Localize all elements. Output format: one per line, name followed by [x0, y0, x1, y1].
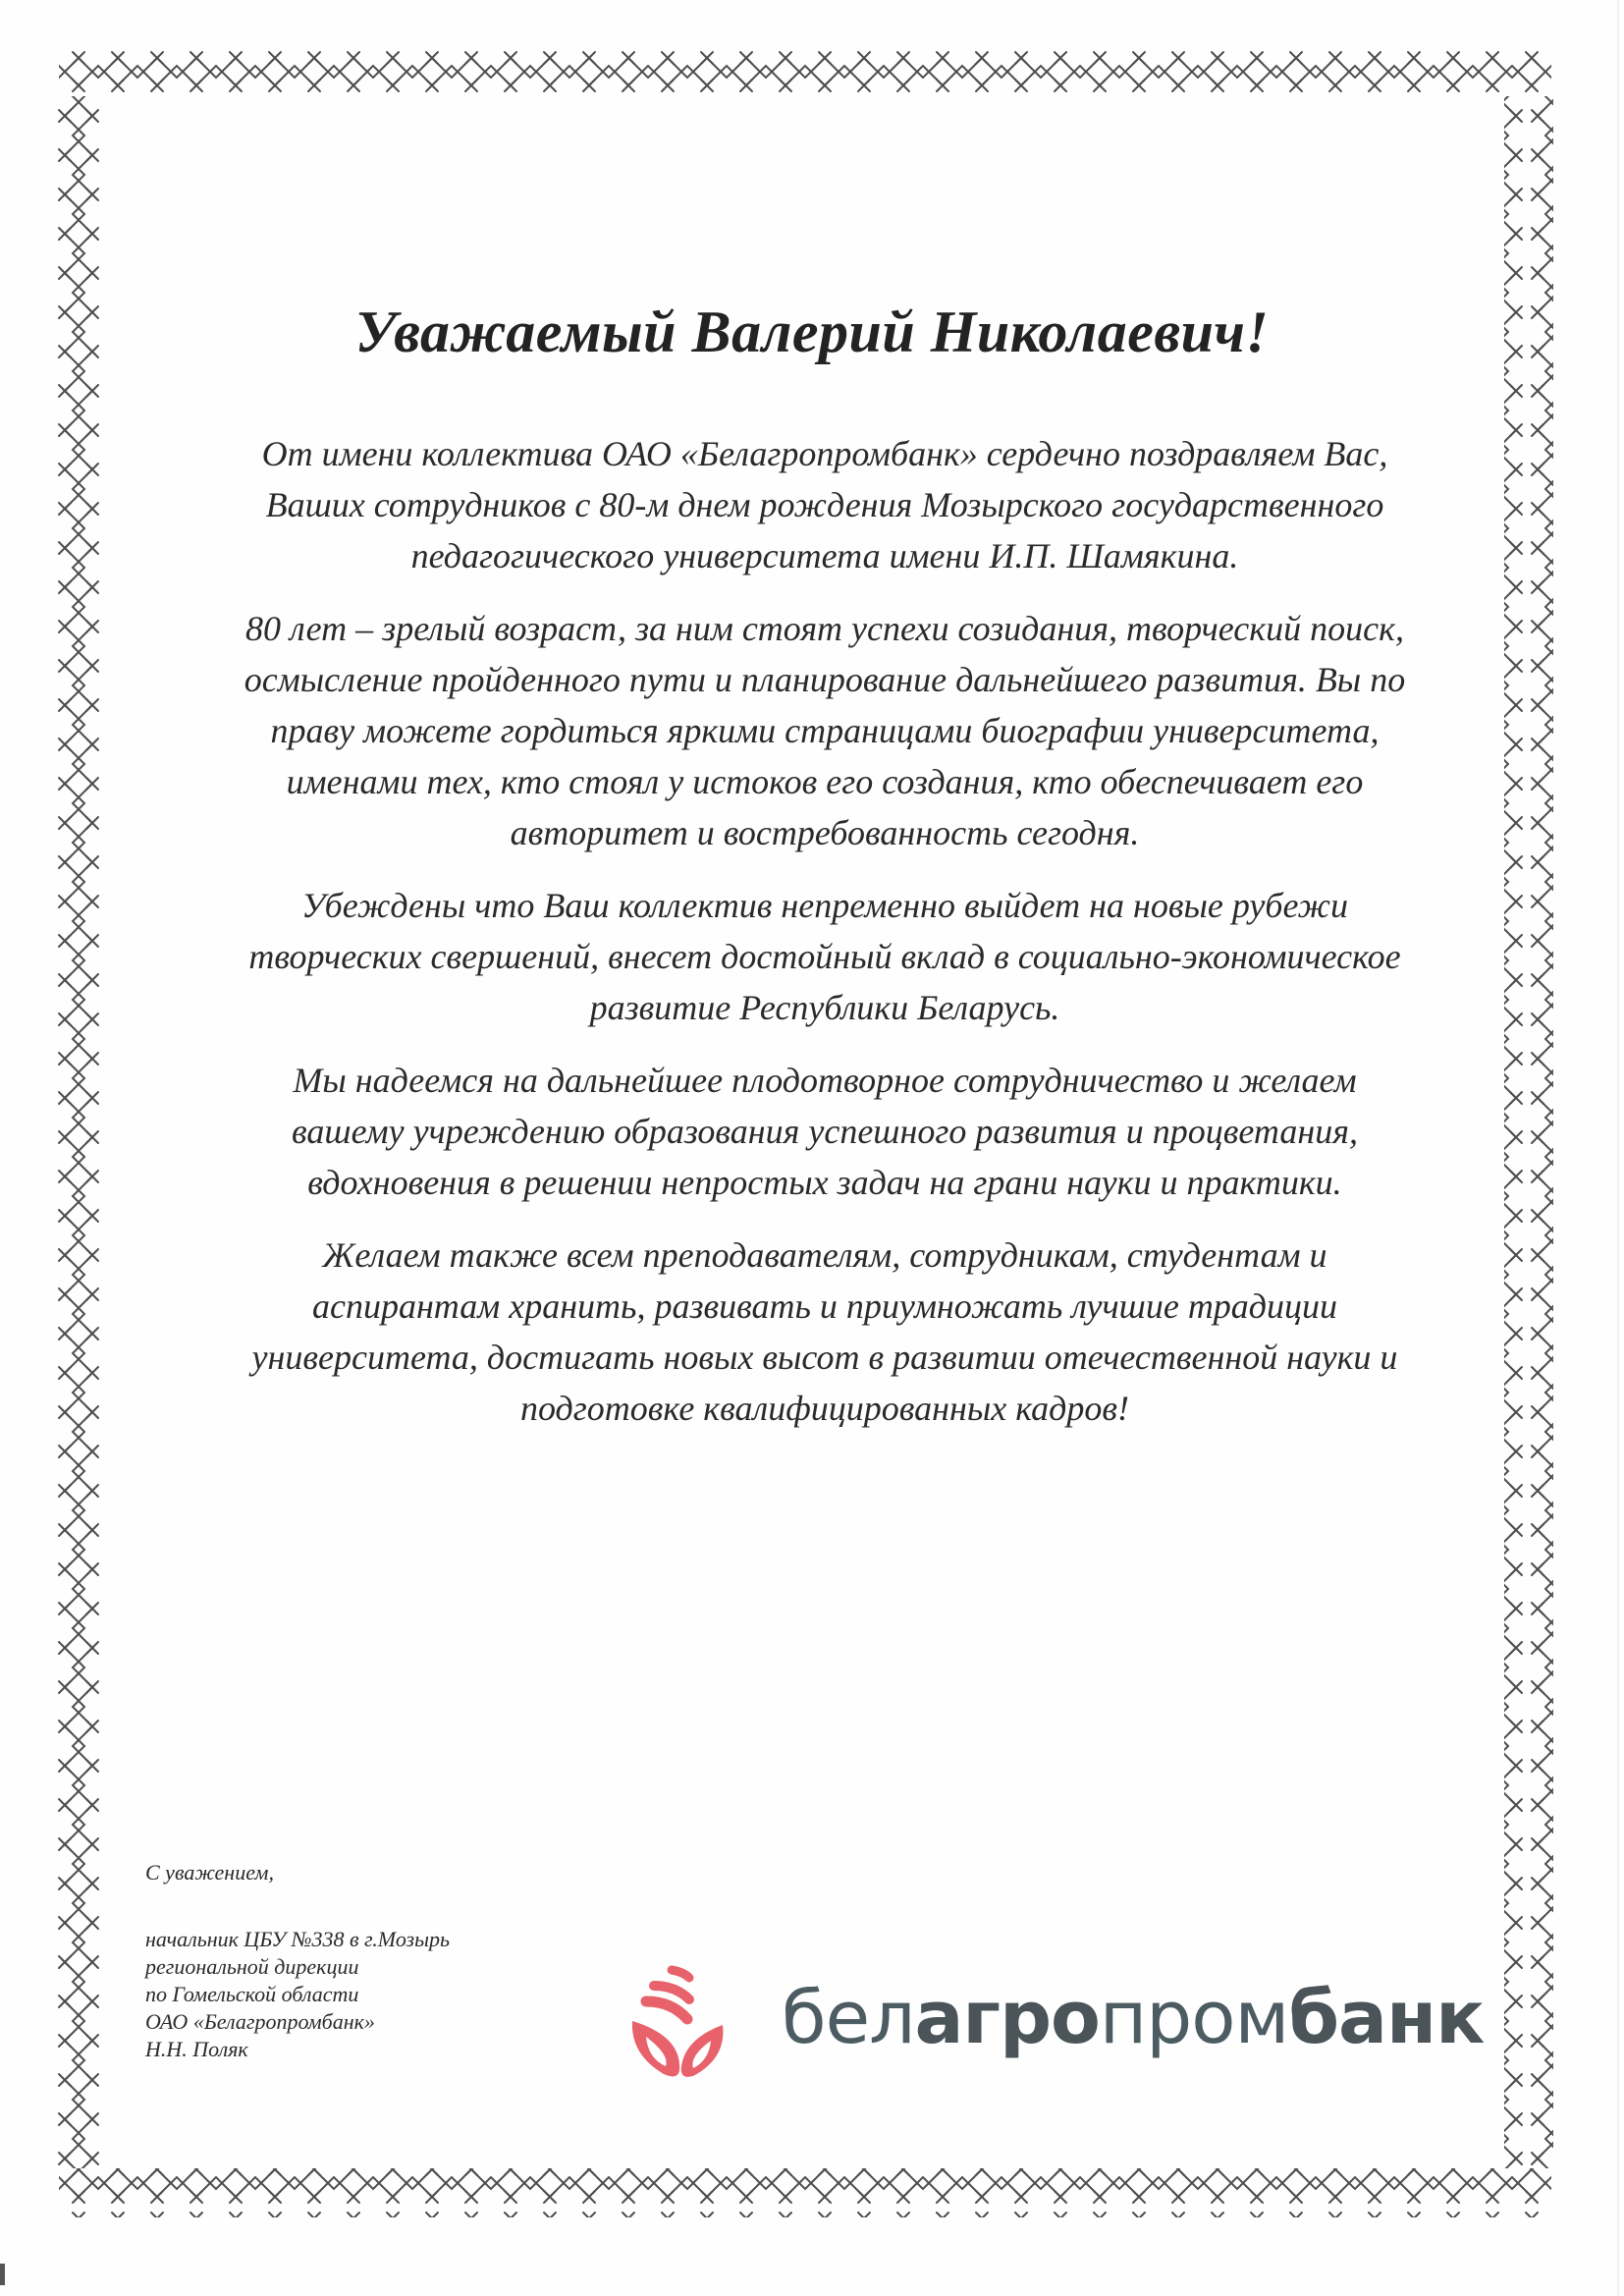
greeting-heading: Уважаемый Валерий Николаевич!: [0, 297, 1624, 367]
wordmark-part: банк: [1288, 1976, 1484, 2060]
text-line: педагогического университета имени И.П. …: [147, 530, 1502, 581]
text-line: авторитет и востребованность сегодня.: [147, 807, 1502, 858]
text-line: осмысление пройденного пути и планирован…: [147, 654, 1502, 705]
text-line: аспирантам хранить, развивать и приумнож…: [147, 1281, 1502, 1332]
signatory-division: региональной дирекции: [145, 1953, 617, 1981]
scan-artifact: [0, 2264, 5, 2285]
text-line: вашему учреждению образования успешного …: [147, 1106, 1502, 1157]
wordmark-part: агро: [914, 1976, 1099, 2060]
text-line: 80 лет – зрелый возраст, за ним стоят ус…: [147, 603, 1502, 654]
wordmark-part: бел: [782, 1976, 914, 2060]
signatory-name: Н.Н. Поляк: [145, 2036, 617, 2063]
paragraph-3: Убеждены что Ваш коллектив непременно вы…: [147, 880, 1502, 1033]
text-line: развитие Республики Беларусь.: [147, 982, 1502, 1033]
text-line: Убеждены что Ваш коллектив непременно вы…: [147, 880, 1502, 931]
text-line: Желаем также всем преподавателям, сотруд…: [147, 1230, 1502, 1281]
paragraph-2: 80 лет – зрелый возраст, за ним стоят ус…: [147, 603, 1502, 858]
paragraph-5: Желаем также всем преподавателям, сотруд…: [147, 1230, 1502, 1434]
wordmark-part: пром: [1100, 1976, 1288, 2060]
text-line: именами тех, кто стоял у истоков его соз…: [147, 756, 1502, 807]
signature-block: С уважением, начальник ЦБУ №338 в г.Мозы…: [145, 1859, 617, 2063]
logo-wordmark: белагропромбанк: [782, 1974, 1484, 2062]
signatory-title: начальник ЦБУ №338 в г.Мозырь: [145, 1926, 617, 1953]
belagroprombank-logo: белагропромбанк: [624, 1956, 1508, 2084]
signatory-organization: ОАО «Белагропромбанк»: [145, 2008, 617, 2036]
letter-page: Уважаемый Валерий Николаевич! От имени к…: [0, 0, 1624, 2296]
wheat-sprout-icon: [624, 1956, 732, 2084]
text-line: Ваших сотрудников с 80-м днем рождения М…: [147, 479, 1502, 530]
text-line: праву можете гордиться яркими страницами…: [147, 705, 1502, 756]
closing-phrase: С уважением,: [145, 1859, 617, 1886]
paragraph-1: От имени коллектива ОАО «Белагропромбанк…: [147, 428, 1502, 581]
text-line: От имени коллектива ОАО «Белагропромбанк…: [147, 428, 1502, 479]
text-line: подготовке квалифицированных кадров!: [147, 1383, 1502, 1434]
text-line: университета, достигать новых высот в ра…: [147, 1332, 1502, 1383]
text-line: творческих свершений, внесет достойный в…: [147, 931, 1502, 982]
signatory-region: по Гомельской области: [145, 1981, 617, 2008]
text-line: Мы надеемся на дальнейшее плодотворное с…: [147, 1055, 1502, 1106]
letter-body: От имени коллектива ОАО «Белагропромбанк…: [147, 428, 1502, 1455]
paragraph-4: Мы надеемся на дальнейшее плодотворное с…: [147, 1055, 1502, 1208]
text-line: вдохновения в решении непростых задач на…: [147, 1157, 1502, 1208]
